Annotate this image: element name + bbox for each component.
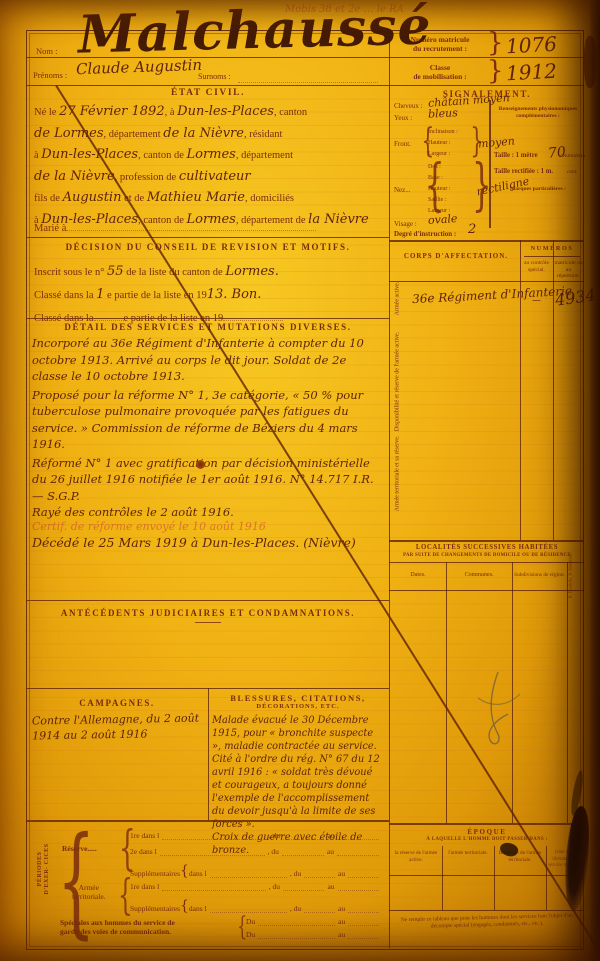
corps-controle-value: —	[532, 296, 541, 306]
divider	[546, 846, 547, 910]
localites-subtitle: PAR SUITE DE CHANGEMENTS DE DOMICILE OU …	[390, 553, 584, 558]
divider	[446, 562, 447, 823]
cheveux-label: Cheveux :	[394, 102, 423, 110]
visage-value: ovale	[428, 212, 458, 227]
column-divider	[389, 30, 390, 948]
scanned-military-record: Mobis 38 et 2e … le RA 9 Malchaussé Nom …	[0, 0, 600, 961]
armee-active-label: Armée active.	[383, 295, 413, 302]
divider	[389, 240, 584, 242]
speciales-label: Spéciales aux hommes du service de garde…	[60, 918, 238, 936]
divider	[389, 562, 584, 563]
front-label: Front.	[394, 140, 411, 148]
services-text: Incorporé au 36e Régiment d'Infanterie à…	[32, 335, 384, 552]
decision-title: DÉCISION DU CONSEIL DE REVISION ET MOTIF…	[28, 242, 388, 252]
divider	[26, 237, 389, 238]
services-paragraph: Incorporé au 36e Régiment d'Infanterie à…	[32, 335, 384, 385]
ink-stain-dot	[196, 460, 205, 469]
territoriale-label: Armée territoriale.	[72, 884, 106, 901]
matricule-value: 1076	[505, 32, 557, 59]
divider	[567, 562, 568, 823]
decision-line: Classé dans la 1 e partie de la liste en…	[34, 283, 384, 306]
etat-civil-line: Né le 27 Février 1892, à Dun-les-Places,…	[34, 101, 384, 123]
nom-label: Nom :	[36, 46, 58, 56]
degre-value: 2	[468, 222, 476, 237]
taille-rect-unit: cent.	[567, 169, 578, 175]
etat-civil-text: Né le 27 Février 1892, à Dun-les-Places,…	[34, 101, 384, 230]
divider	[389, 540, 584, 542]
epoque-subtitle: À LAQUELLE L'HOMME DOIT PASSER DANS :	[390, 837, 584, 842]
campagnes-title: CAMPAGNES.	[28, 698, 206, 708]
blessures-line: Cité à l'ordre du rég. N° 67 du 12 avril…	[212, 753, 384, 831]
divider	[494, 846, 495, 910]
divider	[389, 910, 584, 911]
disponibilite-label: Disponibilité et réserve de l'armée acti…	[383, 378, 413, 385]
divider	[442, 846, 443, 910]
prenoms-label: Prénoms :	[33, 70, 67, 80]
nez-subs: Dos : Base : Hauteur : Saillie : Largeur…	[428, 162, 451, 217]
divider	[389, 875, 584, 876]
divider	[389, 281, 584, 282]
surname-script: Malchaussé	[77, 0, 432, 66]
corps-title: CORPS D'AFFECTATION.	[392, 252, 520, 260]
blessures-line: Malade évacué le 30 Décembre 1915, pour …	[212, 714, 384, 753]
antecedents-title: ANTÉCÉDENTS JUDICIAIRES ET CONDAMNATIONS…	[28, 608, 388, 618]
classe-brace: }	[487, 58, 504, 84]
visage-label: Visage :	[394, 220, 417, 228]
periode-row: Supplémentaires{ dans l , du au	[130, 864, 382, 878]
pencil-scribble	[468, 668, 528, 752]
decision-line: Inscrit sous le n° 55 de la liste du can…	[34, 260, 384, 283]
degre-label: Degré d'instruction :	[394, 230, 456, 238]
decision-lines: Inscrit sous le n° 55 de la liste du can…	[34, 260, 384, 329]
numeros-label: NUMÉROS	[520, 245, 584, 252]
services-paragraph: Réformé N° 1 avec gratification par déci…	[32, 455, 384, 505]
col-domicile-residence: D. Domicile. R. Résidence.	[561, 572, 593, 579]
services-paragraph: Rayé des contrôles le 2 août 1916.	[32, 505, 384, 520]
reserve-label: Réserve.....	[62, 844, 97, 853]
campagnes-entry: Contre l'Allemagne, du 2 août 1914 au 2 …	[32, 711, 200, 744]
periode-row: Du au	[246, 930, 382, 939]
photo-edge	[590, 0, 600, 961]
divider	[208, 688, 209, 820]
divider	[26, 600, 389, 601]
blessures-title: BLESSURES, CITATIONS,	[212, 693, 384, 703]
surnoms-blank	[238, 82, 378, 83]
periode-row: Du au	[246, 917, 382, 926]
periode-row: 2e dans l , du au	[130, 847, 382, 856]
blessures-subtitle: DÉCORATIONS, ETC.	[212, 703, 384, 710]
divider	[389, 823, 584, 825]
periode-row: 1re dans l , du au	[130, 882, 382, 891]
periode-row: Supplémentaires{ dans l , du au	[130, 899, 382, 913]
taille-rect-label: Taille rectifiée : 1 m.	[494, 168, 553, 175]
etat-civil-line: fils de Augustin et de Mathieu Marie, do…	[34, 187, 384, 209]
nez-label: Nez...	[394, 186, 411, 194]
epoque-title: ÉPOQUE	[390, 828, 584, 836]
yeux-label: Yeux :	[394, 114, 412, 122]
etat-civil-line: à Dun-les-Places, canton de Lormes, dépa…	[34, 144, 384, 166]
territoriale-reserve-label: Armée territoriale et sa réserve.	[383, 470, 413, 477]
yeux-value: bleus	[428, 106, 458, 121]
comp-note: Renseignements physionomiques complément…	[494, 106, 582, 119]
surnoms-label: Surnoms :	[198, 72, 231, 81]
taille-unit: centimètres.	[560, 153, 587, 159]
classe-value: 1912	[505, 59, 557, 86]
marie-line: Marié à	[34, 218, 316, 236]
divider	[520, 240, 521, 540]
numeros-rule	[524, 256, 580, 257]
title-rule	[195, 622, 221, 623]
matricule-brace: }	[487, 30, 504, 56]
deces-line: Décédé le 25 Mars 1919 à Dun-les-Places.…	[32, 534, 384, 552]
marques-label: Marques particulières :	[494, 186, 582, 193]
services-paragraph: Proposé pour la réforme N° 1, 3e catégor…	[32, 387, 384, 453]
classe-label: Classe de mobilisation :	[396, 64, 484, 81]
periode-row: 1re dans l , du au	[130, 831, 382, 840]
etat-civil-title: ÉTAT CIVIL.	[28, 88, 388, 98]
taille-label: Taille : 1 mètre	[494, 152, 538, 159]
etat-civil-line: de la Nièvre, profession de cultivateur	[34, 166, 384, 188]
localites-title: LOCALITÉS SUCCESSIVES HABITÉES	[390, 544, 584, 551]
divider	[389, 590, 584, 591]
